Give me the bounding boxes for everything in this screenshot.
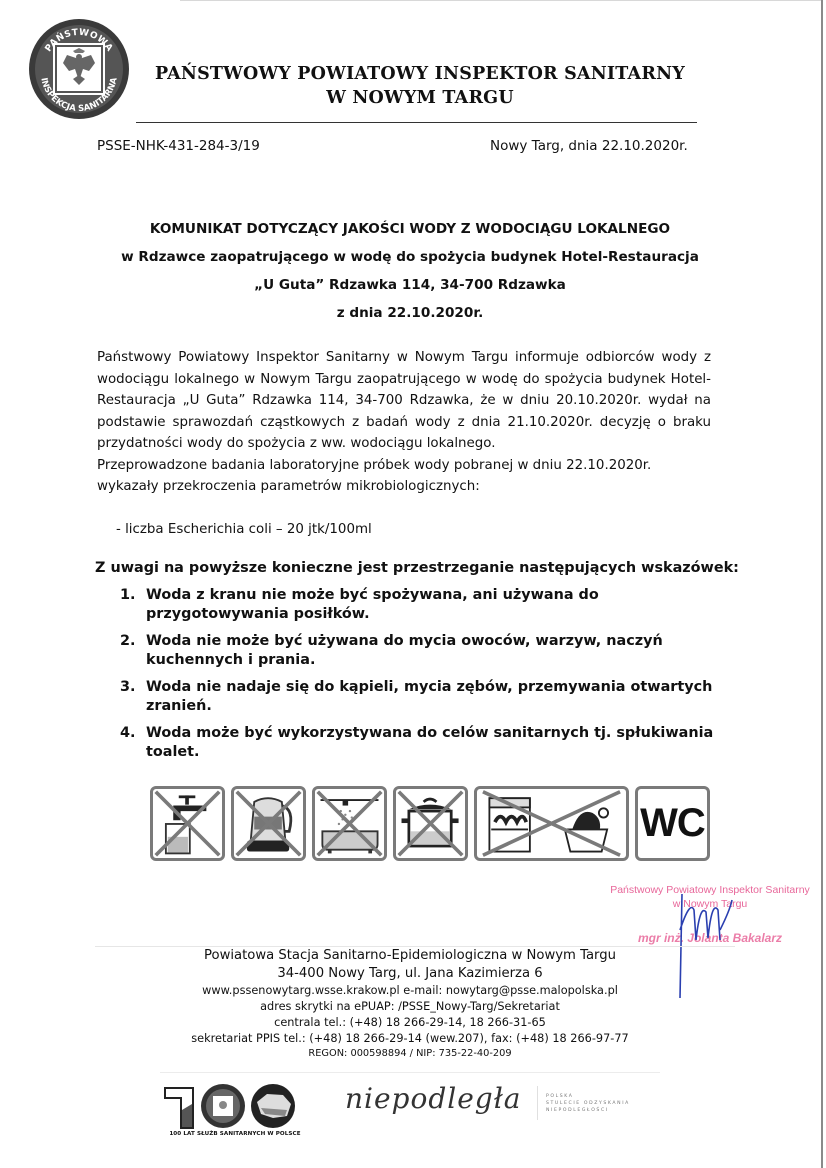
wc-allowed-icon: WC <box>635 786 710 861</box>
guideline-item: 2.Woda nie może być używana do mycia owo… <box>120 632 740 670</box>
scan-edge-top <box>180 0 822 1</box>
header-divider <box>136 122 697 123</box>
body-paragraph: Państwowy Powiatowy Inspektor Sanitarny … <box>97 347 711 455</box>
reference-number: PSSE-NHK-431-284-3/19 <box>97 138 260 154</box>
niepodlegla-logo: niepodległa <box>345 1082 521 1115</box>
institution-title: PAŃSTWOWY POWIATOWY INSPEKTOR SANITARNY … <box>140 62 700 110</box>
announcement-body: Państwowy Powiatowy Inspektor Sanitarny … <box>97 347 711 498</box>
no-tap-water-drinking-icon <box>150 786 225 861</box>
no-bath-shower-icon <box>312 786 387 861</box>
announcement-title: KOMUNIKAT DOTYCZĄCY JAKOŚCI WODY Z WODOC… <box>80 215 740 327</box>
footer-contact: Powiatowa Stacja Sanitarno-Epidemiologic… <box>120 947 700 1061</box>
logo-divider <box>537 1086 538 1120</box>
sanitary-inspection-emblem-icon: PAŃSTWOWA INSPEKCJA SANITARNA <box>27 17 131 121</box>
centenary-caption: 100 LAT SŁUŻB SANITARNYCH W POLSCE <box>160 1131 310 1137</box>
guidelines-list: 1.Woda z kranu nie może być spożywana, a… <box>120 586 740 770</box>
no-cooking-pot-icon <box>393 786 468 861</box>
niepodlegla-caption: POLSKA STULECIE ODZYSKANIA NIEPODLEGŁOŚC… <box>546 1093 630 1114</box>
guideline-item: 4.Woda może być wykorzystywana do celów … <box>120 724 740 762</box>
body-paragraph: Przeprowadzone badania laboratoryjne pró… <box>97 455 711 498</box>
no-kettle-icon <box>231 786 306 861</box>
ecoli-finding: - liczba Escherichia coli – 20 jtk/100ml <box>116 522 372 537</box>
scan-edge-right <box>821 0 823 1168</box>
centenary-100-logo-icon <box>163 1080 303 1130</box>
guideline-item: 1.Woda z kranu nie może być spożywana, a… <box>120 586 740 624</box>
pictogram-row: WC <box>150 786 710 861</box>
footer-divider-bottom <box>160 1072 660 1073</box>
guideline-item: 3.Woda nie nadaje się do kąpieli, mycia … <box>120 678 740 716</box>
place-and-date: Nowy Targ, dnia 22.10.2020r. <box>490 138 688 154</box>
guidelines-heading: Z uwagi na powyższe konieczne jest przes… <box>95 560 739 576</box>
no-dishwashing-icon <box>474 786 629 861</box>
